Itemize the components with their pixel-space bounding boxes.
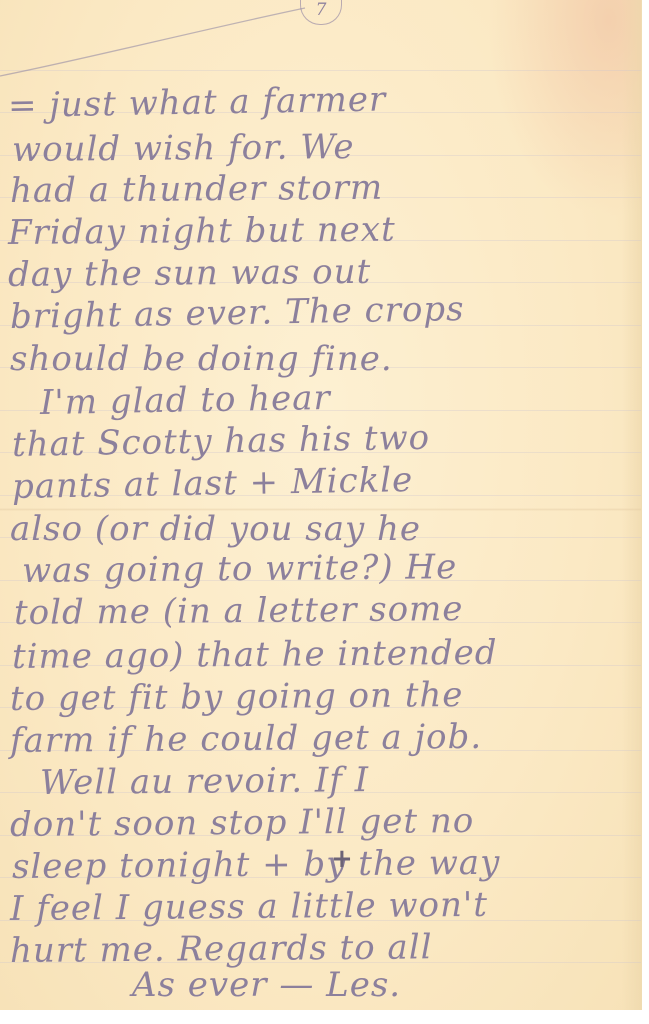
- letter-line: Friday night but next: [8, 210, 396, 253]
- letter-line: farm if he could get a job.: [10, 717, 482, 761]
- margin-mark: +: [331, 846, 353, 872]
- letter-line: don't soon stop I'll get no: [10, 801, 475, 845]
- letter-line: sleep tonight + by the way: [12, 843, 501, 887]
- letter-line: bright as ever. The crops: [10, 289, 465, 337]
- letter-line: I'm glad to hear: [40, 378, 331, 423]
- letter-closing: As ever — Les.: [132, 965, 401, 1005]
- letter-line: = just what a farmer: [8, 79, 387, 126]
- letter-line: should be doing fine.: [10, 339, 393, 379]
- letter-line: pants at last + Mickle: [12, 460, 414, 507]
- letter-line: that Scotty has his two: [12, 418, 431, 465]
- letter-line: I feel I guess a little won't: [10, 885, 488, 929]
- letter-line: day the sun was out: [8, 252, 372, 295]
- letter-line: time ago) that he intended: [12, 633, 498, 677]
- letter-line: Well au revoir. If I: [40, 760, 369, 803]
- letter-line: had a thunder storm: [10, 168, 384, 211]
- letter-line: was going to write?) He: [22, 547, 458, 591]
- letter-line: told me (in a letter some: [14, 589, 464, 633]
- letter-line: to get fit by going on the: [10, 675, 464, 719]
- letter-line: would wish for. We: [12, 127, 355, 170]
- letter-page: 7 = just what a farmer would wish for. W…: [0, 0, 641, 1010]
- letter-line: also (or did you say he: [10, 509, 421, 549]
